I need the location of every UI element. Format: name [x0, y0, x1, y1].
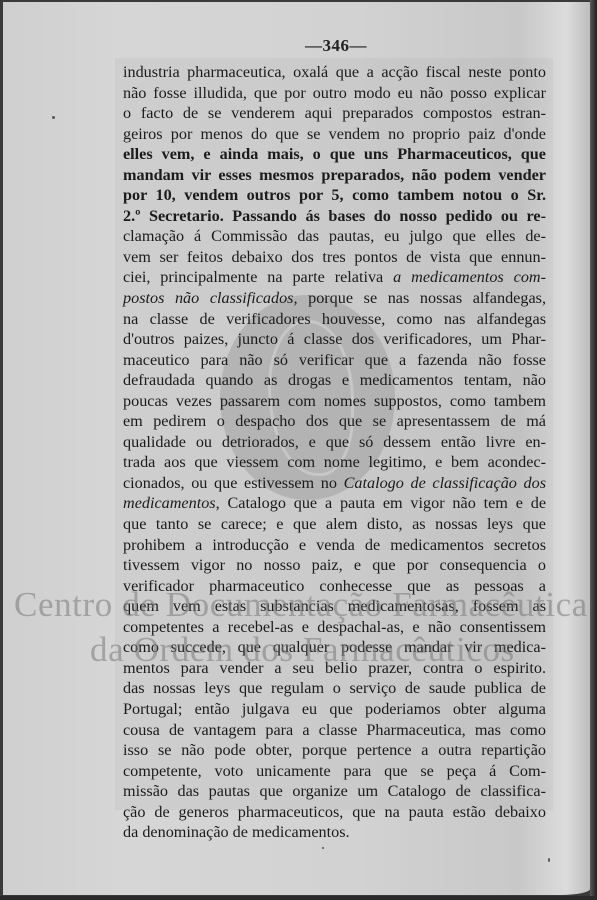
text-line: prohibem a introducção e venda de medica…	[123, 535, 546, 556]
text-segment: ciei, principalmente na parte relativa	[123, 268, 393, 286]
text-line: como succede, que qualquer podesse manda…	[123, 637, 546, 658]
text-line: que tanto se carece; e que alem disto, a…	[123, 514, 546, 535]
scan-bottom-edge	[0, 896, 597, 900]
text-line: industria pharmaceutica, oxalá que a acç…	[123, 62, 546, 83]
text-line: não fosse illudida, que por outro modo e…	[123, 83, 546, 104]
text-line: trada aos que viessem com nome legitimo,…	[123, 452, 546, 473]
text-line: vem ser feitos debaixo dos tres pontos d…	[123, 247, 546, 268]
text-line: o facto de se venderem aqui preparados c…	[123, 103, 546, 124]
italic-segment: medicamentos	[123, 494, 216, 512]
text-line: defraudada quando as drogas e medicament…	[123, 370, 546, 391]
text-line: Portugal; então julgava eu que poderiamo…	[123, 699, 546, 720]
text-line: 2.º Secretario. Passando ás bases do nos…	[123, 206, 546, 227]
text-line: mandam vir esses mesmos preparados, não …	[123, 165, 546, 186]
text-line: maceutico para não só verificar que a fa…	[123, 350, 546, 371]
document-body: industria pharmaceutica, oxalá que a acç…	[123, 62, 546, 843]
text-line: competente, voto unicamente para que se …	[123, 761, 546, 782]
text-line: cousa de vantagem para a classe Pharmace…	[123, 720, 546, 741]
text-line: tivessem vigor no nosso paiz, e que por …	[123, 555, 546, 576]
text-line: cionados, ou que estivessem no Catalogo …	[123, 473, 546, 494]
italic-segment: postos não classificados	[123, 289, 293, 307]
text-line: missão das pautas que organize um Catalo…	[123, 781, 546, 802]
italic-segment: a medicamentos com-	[393, 268, 546, 286]
text-line: ção de generos pharmaceuticos, que na pa…	[123, 802, 546, 823]
text-segment: , porque se nas nossas alfandegas,	[293, 289, 546, 307]
text-line: qualidade ou detriorados, e que só desse…	[123, 432, 546, 453]
text-line: elles vem, e ainda mais, o que uns Pharm…	[123, 144, 546, 165]
text-line: isso se não pode obter, porque pertence …	[123, 740, 546, 761]
text-line: da denominação de medicamentos.	[123, 822, 546, 843]
text-line: por 10, vendem outros por 5, como tambem…	[123, 185, 546, 206]
book-binding-edge	[590, 0, 597, 900]
text-segment: cionados, ou que estivessem no	[123, 474, 344, 492]
text-line: competentes a recebel-as e despachal-as,…	[123, 617, 546, 638]
text-line: em pedirem o despacho dos que se apresen…	[123, 411, 546, 432]
text-line: postos não classificados, porque se nas …	[123, 288, 546, 309]
text-line: medicamentos, Catalogo que a pauta em vi…	[123, 493, 546, 514]
text-line: verificador pharmaceutico conhecesse que…	[123, 576, 546, 597]
paper-speck	[322, 847, 324, 849]
text-line: na classe de verificadores houvesse, com…	[123, 309, 546, 330]
text-segment: , Catalogo que a pauta em vigor não tem …	[216, 494, 546, 512]
text-line: d'outros paizes, juncto á classe dos ver…	[123, 329, 546, 350]
text-line: das nossas leys que regulam o serviço de…	[123, 678, 546, 699]
text-line: ciei, principalmente na parte relativa a…	[123, 267, 546, 288]
paper-speck	[548, 858, 550, 862]
text-line: quem vem estas substancias medicamentosa…	[123, 596, 546, 617]
text-line: mentos para vender a seu belio prazer, c…	[123, 658, 546, 679]
text-line: geiros por menos do que se vendem no pro…	[123, 124, 546, 145]
paper-speck	[52, 116, 55, 119]
italic-segment: Catalogo de classificação dos	[344, 474, 546, 492]
page-number: —346—	[296, 36, 376, 56]
text-line: poucas vezes passarem com nomes supposto…	[123, 391, 546, 412]
text-line: clamação á Commissão das pautas, eu julg…	[123, 226, 546, 247]
